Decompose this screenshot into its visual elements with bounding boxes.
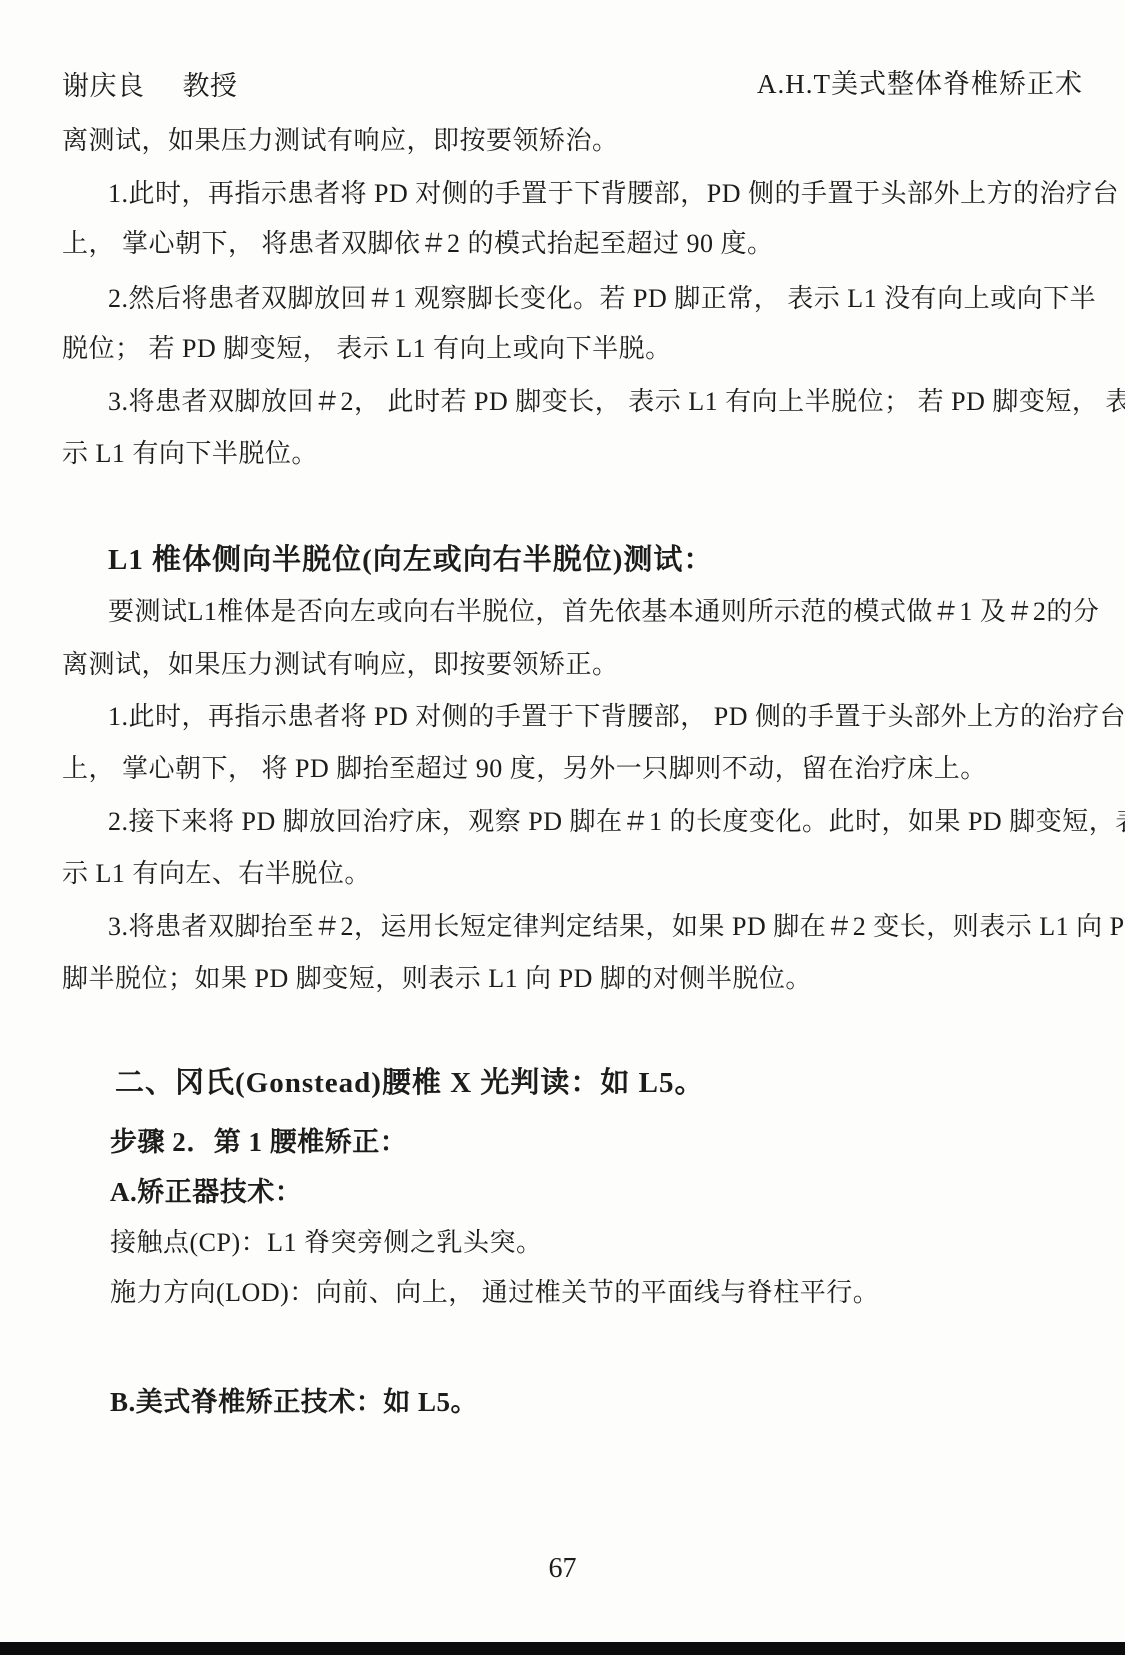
professor-title: 教授 [183, 71, 238, 101]
body-line-lateral-step2-1: 2.接下来将 PD 脚放回治疗床，观察 PD 脚在＃1 的长度变化。此时，如果 … [108, 806, 1125, 837]
body-line-lateral-intro-1: 要测试L1椎体是否向左或向右半脱位，首先依基本通则所示范的模式做＃1 及＃2的分 [108, 596, 1099, 627]
body-line-intro-continuation: 离测试，如果压力测试有响应，即按要领矫治。 [62, 125, 619, 156]
body-line-updown-step1-1: 1.此时，再指示患者将 PD 对侧的手置于下背腰部，PD 侧的手置于头部外上方的… [108, 178, 1119, 209]
body-line-lateral-step3-2: 脚半脱位；如果 PD 脚变短，则表示 L1 向 PD 脚的对侧半脱位。 [62, 963, 812, 994]
section-heading-lateral-test: L1 椎体侧向半脱位(向左或向右半脱位)测试： [108, 543, 713, 578]
body-line-updown-step2-1: 2.然后将患者双脚放回＃1 观察脚长变化。若 PD 脚正常， 表示 L1 没有向… [108, 283, 1096, 314]
body-line-updown-step1-2: 上， 掌心朝下， 将患者双脚依＃2 的模式抬起至超过 90 度。 [62, 228, 774, 259]
subheading-step2: 步骤 2．第 1 腰椎矫正： [110, 1126, 407, 1158]
section-heading-gonstead: 二、冈氏(Gonstead)腰椎 X 光判读：如 L5。 [115, 1066, 704, 1101]
body-line-updown-step3-2: 示 L1 有向下半脱位。 [62, 438, 318, 469]
body-line-lateral-step3-1: 3.将患者双脚抬至＃2，运用长短定律判定结果，如果 PD 脚在＃2 变长，则表示… [108, 911, 1125, 942]
body-line-line-of-drive: 施力方向(LOD)：向前、向上， 通过椎关节的平面线与脊柱平行。 [110, 1277, 879, 1308]
page-number: 67 [0, 1553, 1125, 1585]
body-line-lateral-step2-2: 示 L1 有向左、右半脱位。 [62, 858, 371, 889]
body-line-lateral-step1-2: 上， 掌心朝下， 将 PD 脚抬至超过 90 度，另外一只脚则不动，留在治疗床上… [62, 753, 987, 784]
scanned-document-page: 谢庆良教授 A.H.T美式整体脊椎矫正术 离测试，如果压力测试有响应，即按要领矫… [0, 0, 1125, 1655]
book-title: A.H.T美式整体脊椎矫正术 [757, 68, 1083, 100]
scan-edge-bar [0, 1642, 1125, 1655]
body-line-lateral-step1-1: 1.此时，再指示患者将 PD 对侧的手置于下背腰部， PD 侧的手置于头部外上方… [108, 701, 1125, 732]
body-line-contact-point: 接触点(CP)：L1 脊突旁侧之乳头突。 [110, 1227, 543, 1258]
header-author: 谢庆良教授 [62, 70, 238, 102]
professor-name: 谢庆良 [62, 71, 145, 101]
subheading-american-technique: B.美式脊椎矫正技术：如 L5。 [110, 1386, 478, 1418]
body-line-lateral-intro-2: 离测试，如果压力测试有响应，即按要领矫正。 [62, 649, 619, 680]
subheading-adjustment-instrument: A.矫正器技术： [110, 1176, 302, 1208]
body-line-updown-step3-1: 3.将患者双脚放回＃2， 此时若 PD 脚变长， 表示 L1 有向上半脱位； 若… [108, 386, 1125, 417]
body-line-updown-step2-2: 脱位； 若 PD 脚变短， 表示 L1 有向上或向下半脱。 [62, 333, 672, 364]
